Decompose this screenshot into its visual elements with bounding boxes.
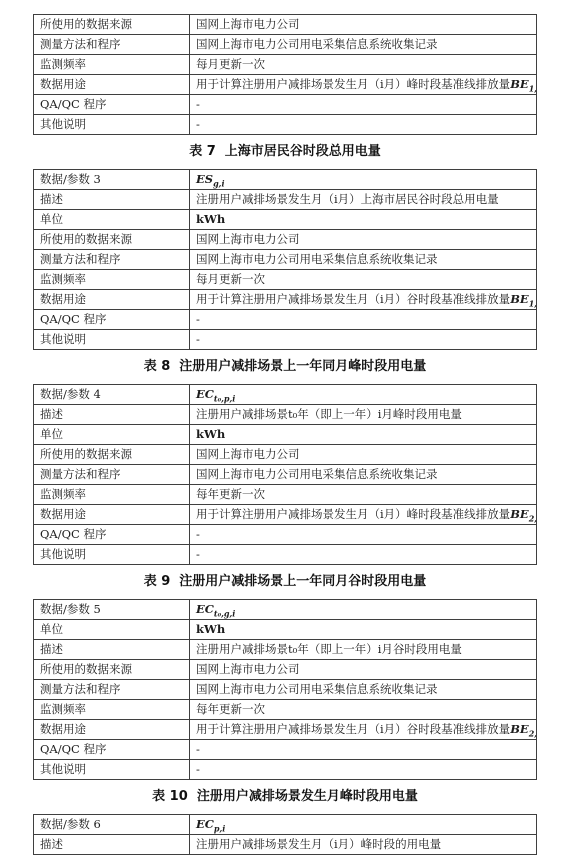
formula: ECt₀,g,i [196, 602, 235, 616]
row-value-cell: 用于计算注册用户减排场景发生月（i月）峰时段基准线排放量BE2,p,i [190, 505, 537, 525]
row-label-cell: QA/QC 程序 [34, 95, 190, 115]
table-row: 所使用的数据来源国网上海市电力公司 [34, 445, 537, 465]
row-label-cell: 监测频率 [34, 485, 190, 505]
table-row: 单位kWh [34, 210, 537, 230]
row-label-cell: 单位 [34, 620, 190, 640]
value-text: - [196, 762, 200, 776]
formula: BE1,p,i [510, 77, 536, 91]
row-label-cell: 数据用途 [34, 75, 190, 95]
value-text: 注册用户减排场景t₀年（即上一年）i月谷时段用电量 [196, 642, 462, 656]
table-row: 测量方法和程序国网上海市电力公司用电采集信息系统收集记录 [34, 35, 537, 55]
row-value-cell: 国网上海市电力公司 [190, 15, 537, 35]
row-label-cell: 其他说明 [34, 330, 190, 350]
table-row: QA/QC 程序- [34, 95, 537, 115]
table-row: 其他说明- [34, 330, 537, 350]
row-value-cell: ECt₀,g,i [190, 600, 537, 620]
row-label-cell: 数据/参数 4 [34, 385, 190, 405]
row-value-cell: - [190, 95, 537, 115]
formula: BE2,p,i [510, 507, 536, 521]
row-value-cell: ECt₀,p,i [190, 385, 537, 405]
formula-subscript: t₀,g,i [214, 608, 235, 618]
row-value-cell: 国网上海市电力公司 [190, 660, 537, 680]
value-text: 每月更新一次 [196, 272, 265, 286]
formula-subscript: 1,g,i [529, 298, 537, 308]
formula-base: EC [196, 817, 214, 831]
formula: BE2,g,i [510, 722, 536, 736]
row-label-cell: 单位 [34, 210, 190, 230]
value-text: 每月更新一次 [196, 57, 265, 71]
row-value-cell: 每年更新一次 [190, 485, 537, 505]
table-caption: 表 8 注册用户减排场景上一年同月峰时段用电量 [33, 359, 537, 375]
table-row: 监测频率每月更新一次 [34, 270, 537, 290]
row-label-cell: 监测频率 [34, 700, 190, 720]
table-row: 单位kWh [34, 425, 537, 445]
row-value-cell: 每月更新一次 [190, 270, 537, 290]
parameter-table-9: 数据/参数 5ECt₀,g,i单位kWh描述注册用户减排场景t₀年（即上一年）i… [33, 599, 537, 780]
table-caption: 表 10 注册用户减排场景发生月峰时段用电量 [33, 789, 537, 805]
parameter-table-continued: 所使用的数据来源国网上海市电力公司测量方法和程序国网上海市电力公司用电采集信息系… [33, 14, 537, 135]
value-text: kWh [196, 212, 225, 226]
value-text: - [196, 117, 200, 131]
row-label-cell: 所使用的数据来源 [34, 445, 190, 465]
table-row: 描述注册用户减排场景发生月（i月）上海市居民谷时段总用电量 [34, 190, 537, 210]
value-text: 国网上海市电力公司用电采集信息系统收集记录 [196, 252, 438, 266]
parameter-table-10: 数据/参数 6ECp,i描述注册用户减排场景发生月（i月）峰时段的用电量 [33, 814, 537, 855]
table-row: 数据用途用于计算注册用户减排场景发生月（i月）谷时段基准线排放量BE2,g,i [34, 720, 537, 740]
value-text: 用于计算注册用户减排场景发生月（i月）峰时段基准线排放量 [196, 507, 510, 521]
row-label-cell: QA/QC 程序 [34, 740, 190, 760]
table-row: 描述注册用户减排场景发生月（i月）峰时段的用电量 [34, 835, 537, 855]
row-value-cell: kWh [190, 210, 537, 230]
value-text: 国网上海市电力公司 [196, 447, 300, 461]
table-row: 数据/参数 6ECp,i [34, 815, 537, 835]
formula-subscript: 2,p,i [529, 513, 537, 523]
row-value-cell: 注册用户减排场景发生月（i月）上海市居民谷时段总用电量 [190, 190, 537, 210]
row-label-cell: 描述 [34, 190, 190, 210]
row-value-cell: - [190, 115, 537, 135]
table-row: 监测频率每年更新一次 [34, 700, 537, 720]
table-row: 数据用途用于计算注册用户减排场景发生月（i月）峰时段基准线排放量BE1,p,i [34, 75, 537, 95]
row-value-cell: - [190, 740, 537, 760]
table-row: 所使用的数据来源国网上海市电力公司 [34, 230, 537, 250]
value-text: 注册用户减排场景发生月（i月）上海市居民谷时段总用电量 [196, 192, 499, 206]
formula-base: BE [510, 292, 529, 306]
value-text: 国网上海市电力公司 [196, 232, 300, 246]
row-value-cell: 国网上海市电力公司用电采集信息系统收集记录 [190, 250, 537, 270]
table-caption: 表 9 注册用户减排场景上一年同月谷时段用电量 [33, 574, 537, 590]
row-label-cell: 描述 [34, 640, 190, 660]
formula: ESg,i [196, 172, 225, 186]
value-text: - [196, 332, 200, 346]
formula-subscript: t₀,p,i [214, 393, 235, 403]
formula-base: ES [196, 172, 213, 186]
table-row: 数据/参数 4ECt₀,p,i [34, 385, 537, 405]
table-row: 测量方法和程序国网上海市电力公司用电采集信息系统收集记录 [34, 465, 537, 485]
row-label-cell: 描述 [34, 835, 190, 855]
table-row: 数据/参数 5ECt₀,g,i [34, 600, 537, 620]
formula-base: BE [510, 77, 529, 91]
value-text: kWh [196, 427, 225, 441]
row-value-cell: 每年更新一次 [190, 700, 537, 720]
row-value-cell: ESg,i [190, 170, 537, 190]
table-row: 所使用的数据来源国网上海市电力公司 [34, 15, 537, 35]
table-row: 单位kWh [34, 620, 537, 640]
formula-base: BE [510, 507, 529, 521]
row-label-cell: 所使用的数据来源 [34, 230, 190, 250]
tables-container: 所使用的数据来源国网上海市电力公司测量方法和程序国网上海市电力公司用电采集信息系… [33, 14, 537, 855]
table-row: 数据用途用于计算注册用户减排场景发生月（i月）峰时段基准线排放量BE2,p,i [34, 505, 537, 525]
formula-base: BE [510, 722, 529, 736]
row-value-cell: 每月更新一次 [190, 55, 537, 75]
row-label-cell: 测量方法和程序 [34, 465, 190, 485]
row-label-cell: 所使用的数据来源 [34, 660, 190, 680]
table-row: 监测频率每年更新一次 [34, 485, 537, 505]
row-value-cell: 国网上海市电力公司 [190, 445, 537, 465]
row-label-cell: QA/QC 程序 [34, 310, 190, 330]
formula: BE1,g,i [510, 292, 536, 306]
table-row: 描述注册用户减排场景t₀年（即上一年）i月峰时段用电量 [34, 405, 537, 425]
formula-subscript: g,i [213, 178, 224, 188]
row-value-cell: - [190, 310, 537, 330]
value-text: - [196, 97, 200, 111]
row-label-cell: 其他说明 [34, 760, 190, 780]
row-label-cell: 测量方法和程序 [34, 250, 190, 270]
value-text: 用于计算注册用户减排场景发生月（i月）谷时段基准线排放量 [196, 722, 510, 736]
value-text: - [196, 527, 200, 541]
value-text: 国网上海市电力公司 [196, 662, 300, 676]
row-value-cell: 国网上海市电力公司用电采集信息系统收集记录 [190, 680, 537, 700]
row-label-cell: 数据/参数 6 [34, 815, 190, 835]
row-value-cell: 用于计算注册用户减排场景发生月（i月）峰时段基准线排放量BE1,p,i [190, 75, 537, 95]
parameter-table-7: 数据/参数 3ESg,i描述注册用户减排场景发生月（i月）上海市居民谷时段总用电… [33, 169, 537, 350]
row-value-cell: 注册用户减排场景t₀年（即上一年）i月谷时段用电量 [190, 640, 537, 660]
row-value-cell: kWh [190, 620, 537, 640]
row-label-cell: 数据/参数 3 [34, 170, 190, 190]
table-row: 其他说明- [34, 545, 537, 565]
row-value-cell: - [190, 760, 537, 780]
table-row: QA/QC 程序- [34, 740, 537, 760]
row-value-cell: 用于计算注册用户减排场景发生月（i月）谷时段基准线排放量BE2,g,i [190, 720, 537, 740]
table-caption: 表 7 上海市居民谷时段总用电量 [33, 144, 537, 160]
row-label-cell: 数据用途 [34, 505, 190, 525]
formula-subscript: 2,g,i [529, 728, 537, 738]
table-row: QA/QC 程序- [34, 310, 537, 330]
row-value-cell: 注册用户减排场景发生月（i月）峰时段的用电量 [190, 835, 537, 855]
row-value-cell: kWh [190, 425, 537, 445]
value-text: - [196, 742, 200, 756]
row-label-cell: 测量方法和程序 [34, 680, 190, 700]
row-value-cell: ECp,i [190, 815, 537, 835]
row-label-cell: 其他说明 [34, 545, 190, 565]
formula-base: EC [196, 387, 214, 401]
value-text: 用于计算注册用户减排场景发生月（i月）谷时段基准线排放量 [196, 292, 510, 306]
row-label-cell: 单位 [34, 425, 190, 445]
formula-subscript: 1,p,i [529, 83, 537, 93]
table-row: 测量方法和程序国网上海市电力公司用电采集信息系统收集记录 [34, 250, 537, 270]
row-label-cell: 监测频率 [34, 270, 190, 290]
row-label-cell: 数据用途 [34, 290, 190, 310]
value-text: 注册用户减排场景发生月（i月）峰时段的用电量 [196, 837, 441, 851]
row-value-cell: 国网上海市电力公司 [190, 230, 537, 250]
row-value-cell: 注册用户减排场景t₀年（即上一年）i月峰时段用电量 [190, 405, 537, 425]
row-value-cell: - [190, 330, 537, 350]
table-row: QA/QC 程序- [34, 525, 537, 545]
table-row: 描述注册用户减排场景t₀年（即上一年）i月谷时段用电量 [34, 640, 537, 660]
table-row: 其他说明- [34, 115, 537, 135]
row-label-cell: 其他说明 [34, 115, 190, 135]
row-label-cell: 数据/参数 5 [34, 600, 190, 620]
formula-subscript: p,i [214, 823, 225, 833]
formula: ECt₀,p,i [196, 387, 235, 401]
value-text: 每年更新一次 [196, 487, 265, 501]
value-text: 用于计算注册用户减排场景发生月（i月）峰时段基准线排放量 [196, 77, 510, 91]
row-value-cell: - [190, 545, 537, 565]
table-row: 监测频率每月更新一次 [34, 55, 537, 75]
value-text: 国网上海市电力公司用电采集信息系统收集记录 [196, 37, 438, 51]
row-label-cell: QA/QC 程序 [34, 525, 190, 545]
row-value-cell: - [190, 525, 537, 545]
table-row: 所使用的数据来源国网上海市电力公司 [34, 660, 537, 680]
row-value-cell: 国网上海市电力公司用电采集信息系统收集记录 [190, 35, 537, 55]
row-label-cell: 监测频率 [34, 55, 190, 75]
value-text: 注册用户减排场景t₀年（即上一年）i月峰时段用电量 [196, 407, 462, 421]
row-value-cell: 用于计算注册用户减排场景发生月（i月）谷时段基准线排放量BE1,g,i [190, 290, 537, 310]
row-label-cell: 所使用的数据来源 [34, 15, 190, 35]
row-label-cell: 数据用途 [34, 720, 190, 740]
row-label-cell: 测量方法和程序 [34, 35, 190, 55]
row-value-cell: 国网上海市电力公司用电采集信息系统收集记录 [190, 465, 537, 485]
formula-base: EC [196, 602, 214, 616]
row-label-cell: 描述 [34, 405, 190, 425]
document-page: 所使用的数据来源国网上海市电力公司测量方法和程序国网上海市电力公司用电采集信息系… [0, 0, 566, 862]
value-text: 每年更新一次 [196, 702, 265, 716]
value-text: - [196, 312, 200, 326]
table-row: 数据用途用于计算注册用户减排场景发生月（i月）谷时段基准线排放量BE1,g,i [34, 290, 537, 310]
value-text: 国网上海市电力公司用电采集信息系统收集记录 [196, 682, 438, 696]
value-text: - [196, 547, 200, 561]
parameter-table-8: 数据/参数 4ECt₀,p,i描述注册用户减排场景t₀年（即上一年）i月峰时段用… [33, 384, 537, 565]
formula: ECp,i [196, 817, 225, 831]
value-text: kWh [196, 622, 225, 636]
table-row: 其他说明- [34, 760, 537, 780]
value-text: 国网上海市电力公司 [196, 17, 300, 31]
value-text: 国网上海市电力公司用电采集信息系统收集记录 [196, 467, 438, 481]
table-row: 测量方法和程序国网上海市电力公司用电采集信息系统收集记录 [34, 680, 537, 700]
table-row: 数据/参数 3ESg,i [34, 170, 537, 190]
